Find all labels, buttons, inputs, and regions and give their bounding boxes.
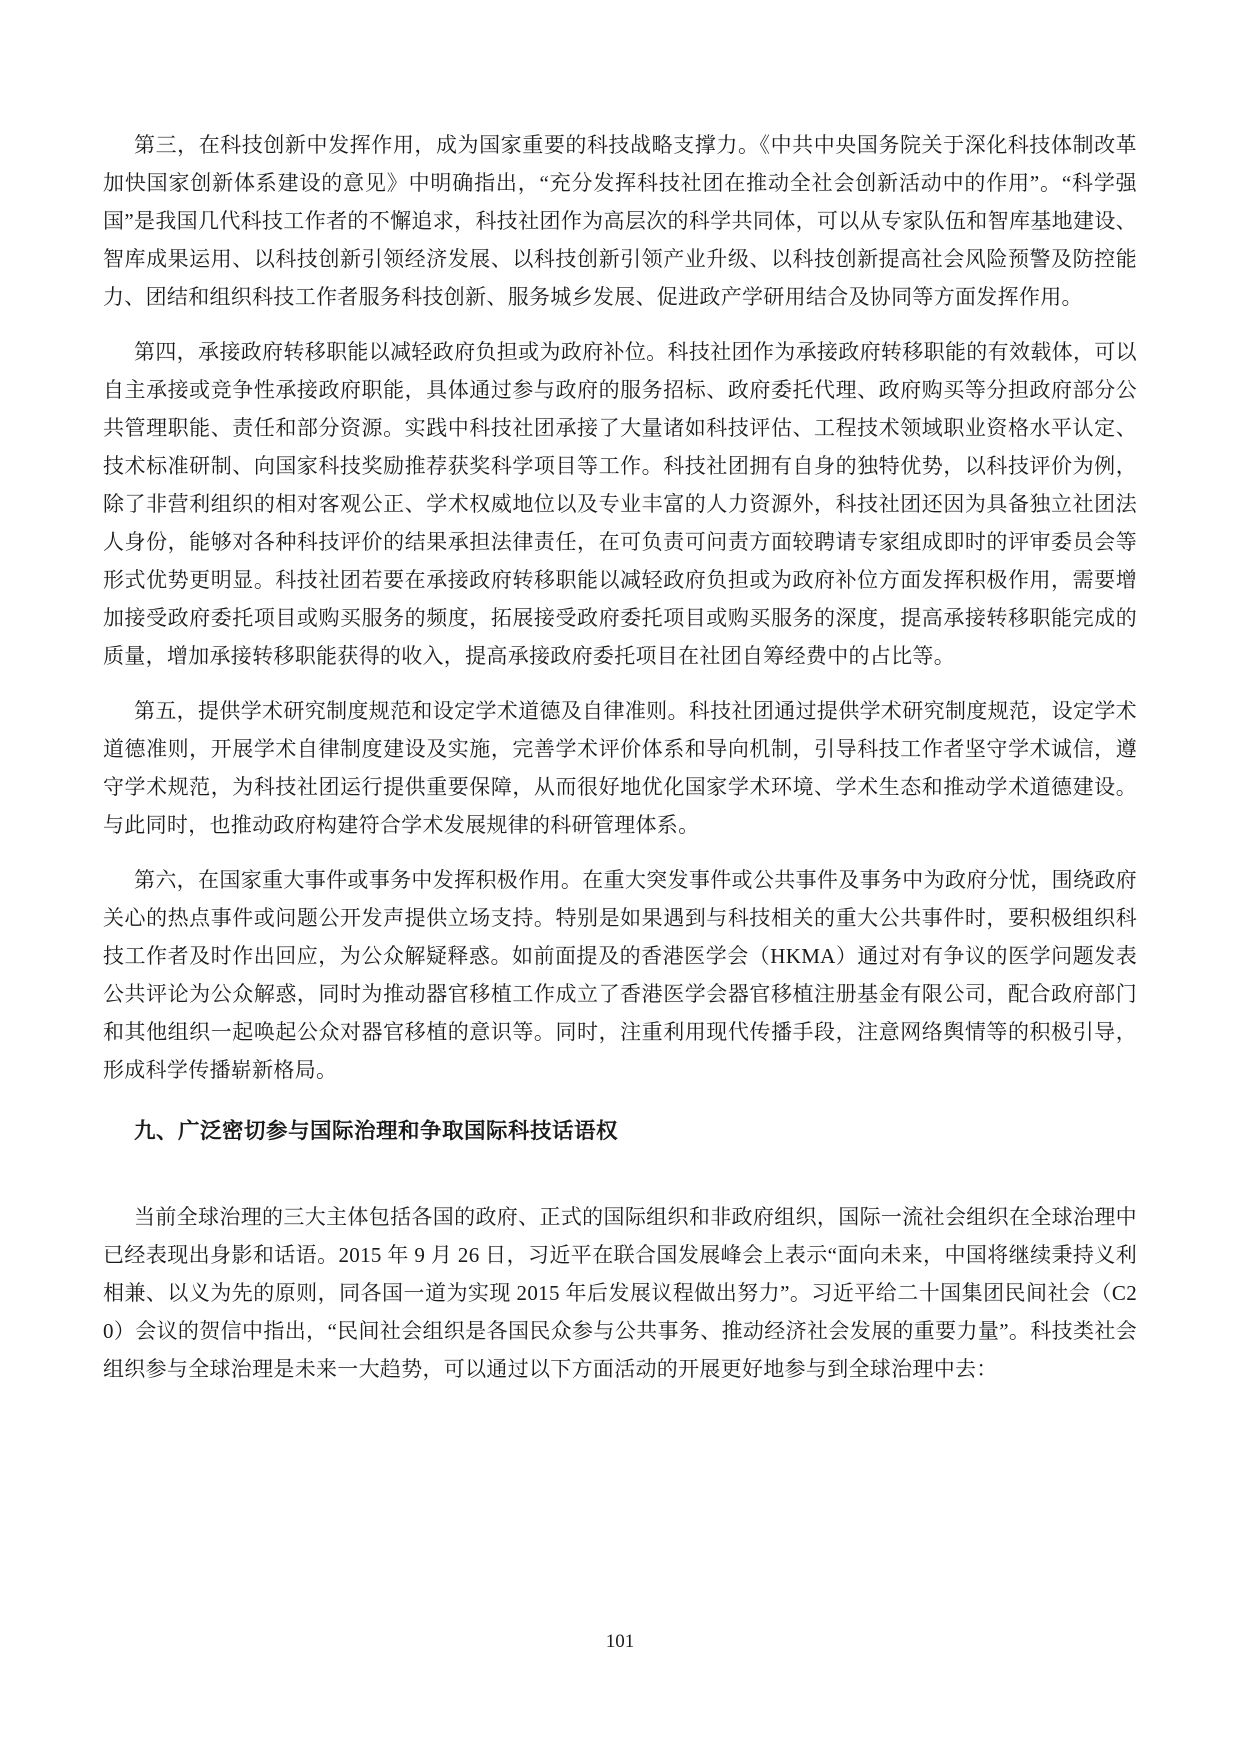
paragraph-global-governance: 当前全球治理的三大主体包括各国的政府、正式的国际组织和非政府组织，国际一流社会组… (103, 1198, 1137, 1388)
paragraph-sixth-point: 第六，在国家重大事件或事务中发挥积极作用。在重大突发事件或公共事件及事务中为政府… (103, 861, 1137, 1089)
paragraph-fourth-point: 第四，承接政府转移职能以减轻政府负担或为政府补位。科技社团作为承接政府转移职能的… (103, 333, 1137, 675)
document-page: 第三，在科技创新中发挥作用，成为国家重要的科技战略支撑力。《中共中央国务院关于深… (0, 0, 1240, 1753)
paragraph-third-point: 第三，在科技创新中发挥作用，成为国家重要的科技战略支撑力。《中共中央国务院关于深… (103, 126, 1137, 316)
section-heading: 九、广泛密切参与国际治理和争取国际科技话语权 (103, 1116, 1137, 1146)
paragraph-fifth-point: 第五，提供学术研究制度规范和设定学术道德及自律准则。科技社团通过提供学术研究制度… (103, 692, 1137, 844)
page-number: 101 (0, 1630, 1240, 1654)
text-block: 第三，在科技创新中发挥作用，成为国家重要的科技战略支撑力。《中共中央国务院关于深… (103, 126, 1137, 1405)
